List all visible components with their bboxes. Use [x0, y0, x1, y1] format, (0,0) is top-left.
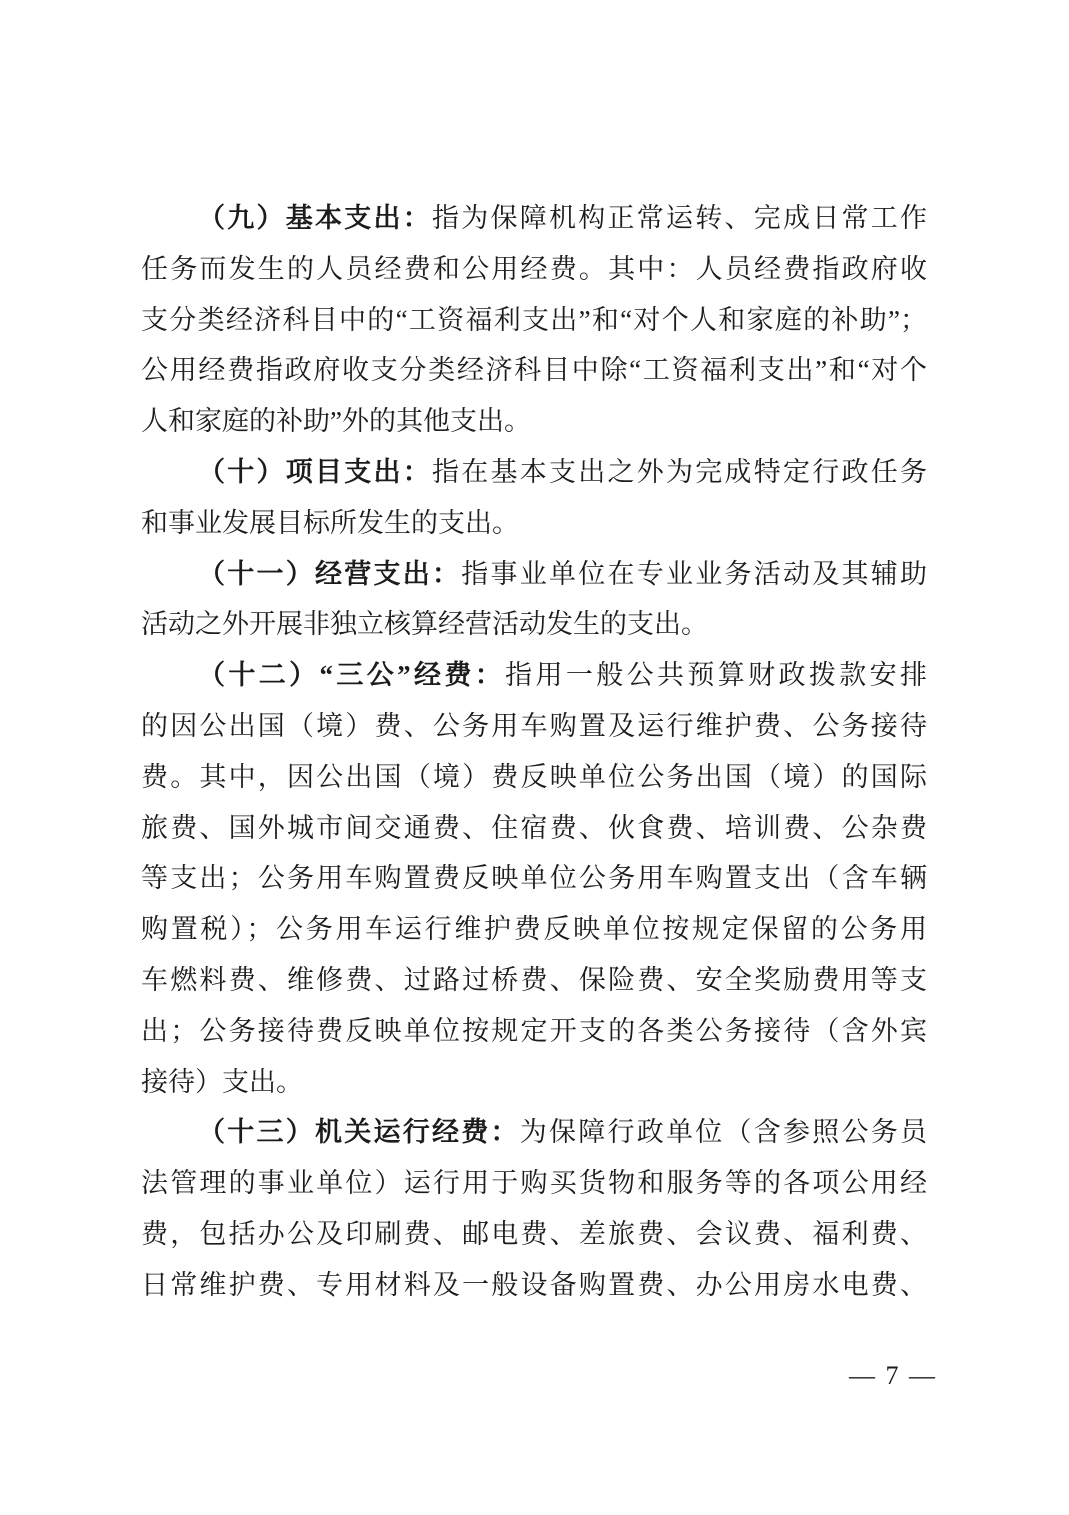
document-body: （九）基本支出：指为保障机构正常运转、完成日常工作 任务而发生的人员经费和公用经…	[141, 193, 927, 1311]
text-line: 人和家庭的补助”外的其他支出。	[141, 396, 927, 447]
text-line: 法管理的事业单位）运行用于购买货物和服务等的各项公用经	[141, 1158, 927, 1209]
item-12-heading: （十二）“三公”经费：	[198, 660, 505, 690]
item-11-heading: （十一）经营支出：	[198, 559, 461, 589]
text-line: 支分类经济科目中的“工资福利支出”和“对个人和家庭的补助”；	[141, 295, 927, 346]
paragraph-item-13: （十三）机关运行经费：为保障行政单位（含参照公务员 法管理的事业单位）运行用于购…	[141, 1107, 927, 1310]
text-line: 公用经费指政府收支分类经济科目中除“工资福利支出”和“对个	[141, 345, 927, 396]
text-line: 的因公出国（境）费、公务用车购置及运行维护费、公务接待	[141, 701, 927, 752]
line-text: 指事业单位在专业业务活动及其辅助	[461, 559, 927, 589]
line-text: 旅费、国外城市间交通费、住宿费、伙食费、培训费、公杂费	[141, 813, 927, 843]
text-line: 和事业发展目标所发生的支出。	[141, 498, 927, 549]
line-text: 支分类经济科目中的“工资福利支出”和“对个人和家庭的补助”；	[141, 305, 927, 335]
line-text: 出；公务接待费反映单位按规定开支的各类公务接待（含外宾	[141, 1016, 927, 1046]
line-text: 费，包括办公及印刷费、邮电费、差旅费、会议费、福利费、	[141, 1219, 927, 1249]
text-line: 旅费、国外城市间交通费、住宿费、伙食费、培训费、公杂费	[141, 803, 927, 854]
paragraph-item-11: （十一）经营支出：指事业单位在专业业务活动及其辅助 活动之外开展非独立核算经营活…	[141, 549, 927, 651]
text-line: 出；公务接待费反映单位按规定开支的各类公务接待（含外宾	[141, 1006, 927, 1057]
line-text: 任务而发生的人员经费和公用经费。其中：人员经费指政府收	[141, 254, 927, 284]
paragraph-item-9: （九）基本支出：指为保障机构正常运转、完成日常工作 任务而发生的人员经费和公用经…	[141, 193, 927, 447]
line-text: 指在基本支出之外为完成特定行政任务	[432, 457, 927, 487]
page-number: — 7 —	[141, 1356, 937, 1396]
text-line: （十）项目支出：指在基本支出之外为完成特定行政任务	[141, 447, 927, 498]
text-line: 购置税）；公务用车运行维护费反映单位按规定保留的公务用	[141, 904, 927, 955]
text-line: （十一）经营支出：指事业单位在专业业务活动及其辅助	[141, 549, 927, 600]
text-line: 费。其中，因公出国（境）费反映单位公务出国（境）的国际	[141, 752, 927, 803]
line-text: 人和家庭的补助”外的其他支出。	[141, 406, 531, 436]
document-page: （九）基本支出：指为保障机构正常运转、完成日常工作 任务而发生的人员经费和公用经…	[0, 0, 1069, 1515]
text-line: 日常维护费、专用材料及一般设备购置费、办公用房水电费、	[141, 1260, 927, 1311]
line-text: 接待）支出。	[141, 1067, 303, 1097]
line-text: 费。其中，因公出国（境）费反映单位公务出国（境）的国际	[141, 762, 927, 792]
line-text: 为保障行政单位（含参照公务员	[520, 1117, 927, 1147]
text-line: 等支出；公务用车购置费反映单位公务用车购置支出（含车辆	[141, 853, 927, 904]
line-text: 指用一般公共预算财政拨款安排	[505, 660, 927, 690]
text-line: 车燃料费、维修费、过路过桥费、保险费、安全奖励费用等支	[141, 955, 927, 1006]
line-text: 法管理的事业单位）运行用于购买货物和服务等的各项公用经	[141, 1168, 927, 1198]
line-text: 等支出；公务用车购置费反映单位公务用车购置支出（含车辆	[141, 863, 927, 893]
paragraph-item-10: （十）项目支出：指在基本支出之外为完成特定行政任务 和事业发展目标所发生的支出。	[141, 447, 927, 549]
line-text: 的因公出国（境）费、公务用车购置及运行维护费、公务接待	[141, 711, 927, 741]
text-line: （十三）机关运行经费：为保障行政单位（含参照公务员	[141, 1107, 927, 1158]
line-text: 指为保障机构正常运转、完成日常工作	[432, 203, 927, 233]
text-line: 接待）支出。	[141, 1057, 927, 1108]
item-9-heading: （九）基本支出：	[198, 203, 432, 233]
item-10-heading: （十）项目支出：	[198, 457, 432, 487]
text-line: （十二）“三公”经费：指用一般公共预算财政拨款安排	[141, 650, 927, 701]
text-line: 任务而发生的人员经费和公用经费。其中：人员经费指政府收	[141, 244, 927, 295]
line-text: 购置税）；公务用车运行维护费反映单位按规定保留的公务用	[141, 914, 927, 944]
line-text: 和事业发展目标所发生的支出。	[141, 508, 519, 538]
text-line: 活动之外开展非独立核算经营活动发生的支出。	[141, 599, 927, 650]
line-text: 公用经费指政府收支分类经济科目中除“工资福利支出”和“对个	[141, 355, 927, 385]
paragraph-item-12: （十二）“三公”经费：指用一般公共预算财政拨款安排 的因公出国（境）费、公务用车…	[141, 650, 927, 1107]
line-text: 活动之外开展非独立核算经营活动发生的支出。	[141, 609, 708, 639]
item-13-heading: （十三）机关运行经费：	[198, 1117, 520, 1147]
line-text: 车燃料费、维修费、过路过桥费、保险费、安全奖励费用等支	[141, 965, 927, 995]
text-line: 费，包括办公及印刷费、邮电费、差旅费、会议费、福利费、	[141, 1209, 927, 1260]
line-text: 日常维护费、专用材料及一般设备购置费、办公用房水电费、	[141, 1270, 927, 1300]
text-line: （九）基本支出：指为保障机构正常运转、完成日常工作	[141, 193, 927, 244]
